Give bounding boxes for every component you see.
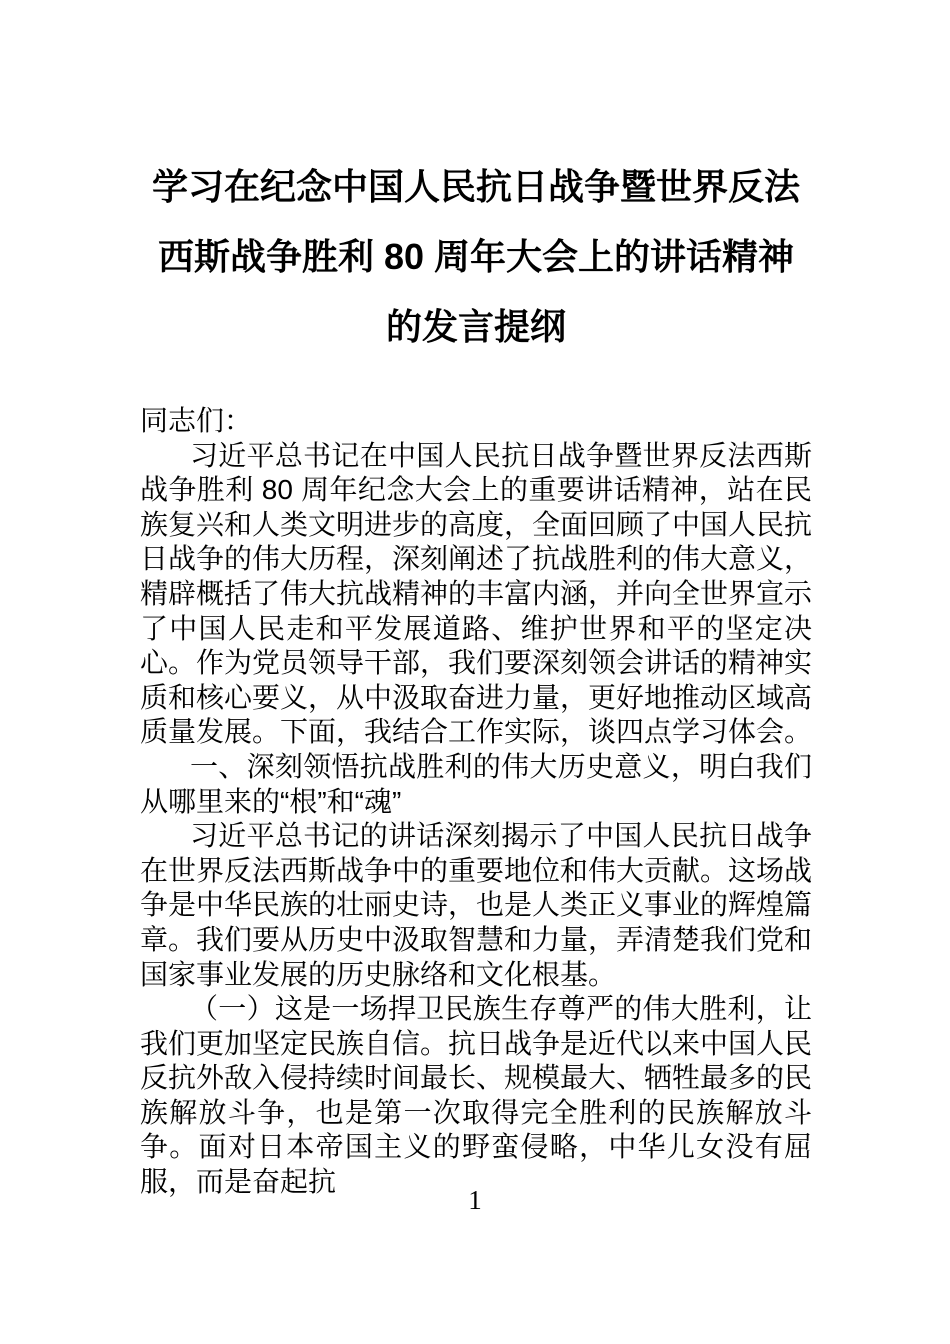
section-1-paragraph: 习近平总书记的讲话深刻揭示了中国人民抗日战争在世界反法西斯战争中的重要地位和伟大… xyxy=(140,819,812,992)
page-footer: 1 xyxy=(0,1184,950,1216)
document-content: 学习在纪念中国人民抗日战争暨世界反法西斯战争胜利 80 周年大会上的讲话精神的发… xyxy=(140,0,812,1200)
section-1-subsection-1-paragraph: （一）这是一场捍卫民族生存尊严的伟大胜利，让我们更加坚定民族自信。抗日战争是近代… xyxy=(140,992,812,1200)
document-title: 学习在纪念中国人民抗日战争暨世界反法西斯战争胜利 80 周年大会上的讲话精神的发… xyxy=(140,152,812,362)
document-body: 同志们： 习近平总书记在中国人民抗日战争暨世界反法西斯战争胜利 80 周年纪念大… xyxy=(140,404,812,1200)
page-number: 1 xyxy=(468,1185,482,1215)
salutation-paragraph: 同志们： xyxy=(140,404,812,439)
document-page: 学习在纪念中国人民抗日战争暨世界反法西斯战争胜利 80 周年大会上的讲话精神的发… xyxy=(0,0,950,1344)
section-1-heading: 一、深刻领悟抗战胜利的伟大历史意义，明白我们从哪里来的“根”和“魂” xyxy=(140,750,812,819)
intro-paragraph: 习近平总书记在中国人民抗日战争暨世界反法西斯战争胜利 80 周年纪念大会上的重要… xyxy=(140,439,812,750)
